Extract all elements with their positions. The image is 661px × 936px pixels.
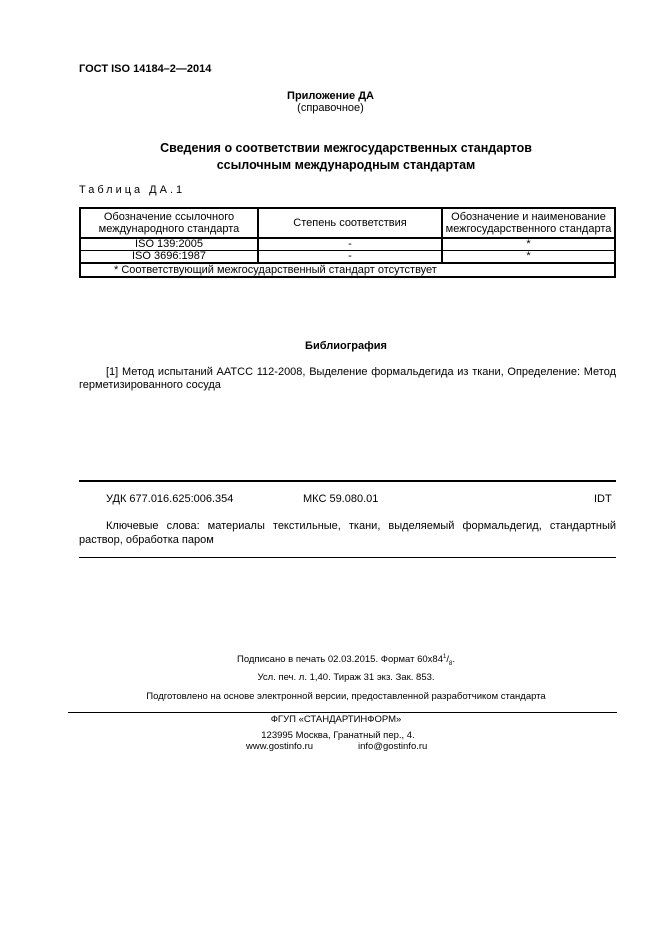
divider-thin xyxy=(79,557,616,558)
bibliography-entry: [1] Метод испытаний AATCC 112-2008, Выде… xyxy=(79,366,616,392)
format-sup: 1 xyxy=(443,654,446,660)
table-cell: ISO 3696:1987 xyxy=(80,251,258,264)
divider-publisher xyxy=(68,712,617,713)
bibliography-title: Библиография xyxy=(0,340,661,352)
table-row: ISO 3696:1987 - * xyxy=(80,251,615,264)
table-footnote-row: * Соответствующий межгосударственный ста… xyxy=(80,263,615,277)
table-cell: - xyxy=(258,238,442,251)
table-header-cell: Степень соответствия xyxy=(258,208,442,238)
website-link[interactable]: www.gostinfo.ru xyxy=(246,741,313,752)
annex-subtitle: (справочное) xyxy=(0,102,661,114)
table-cell: * xyxy=(442,251,615,264)
signed-suffix: . xyxy=(452,654,455,665)
print-info: Усл. печ. л. 1,40. Тираж 31 экз. Зак. 85… xyxy=(0,672,661,683)
table-cell: ISO 139:2005 xyxy=(80,238,258,251)
annex-title: Приложение ДА xyxy=(0,90,661,102)
signed-text: Подписано в печать 02.03.2015. Формат 60… xyxy=(237,654,443,665)
table-row: ISO 139:2005 - * xyxy=(80,238,615,251)
document-code: ГОСТ ISO 14184–2—2014 xyxy=(79,63,211,75)
table-caption: Таблица ДА.1 xyxy=(79,184,185,196)
correspondence-table: Обозначение ссылочного международного ст… xyxy=(79,207,616,278)
table-header-cell: Обозначение и наименование межгосударств… xyxy=(442,208,615,238)
publisher-address: 123995 Москва, Гранатный пер., 4. xyxy=(0,730,661,741)
section-title-line2: ссылочным международным стандартам xyxy=(0,157,661,174)
divider-thick xyxy=(79,480,616,482)
table-footnote: * Соответствующий межгосударственный ста… xyxy=(80,263,615,277)
mks-code: МКС 59.080.01 xyxy=(303,493,378,505)
udk-code: УДК 677.016.625:006.354 xyxy=(106,493,233,505)
section-title-line1: Сведения о соответствии межгосударственн… xyxy=(0,140,661,157)
table-cell: - xyxy=(258,251,442,264)
section-title: Сведения о соответствии межгосударственн… xyxy=(0,140,661,174)
email-link[interactable]: info@gostinfo.ru xyxy=(358,741,427,752)
publisher-name: ФГУП «СТАНДАРТИНФОРМ» xyxy=(0,714,661,725)
table-header-cell: Обозначение ссылочного международного ст… xyxy=(80,208,258,238)
table-cell: * xyxy=(442,238,615,251)
keywords: Ключевые слова: материалы текстильные, т… xyxy=(79,519,616,547)
equivalence-degree: IDT xyxy=(594,493,612,505)
table-header-row: Обозначение ссылочного международного ст… xyxy=(80,208,615,238)
signed-for-print: Подписано в печать 02.03.2015. Формат 60… xyxy=(0,654,661,667)
prepared-note: Подготовлено на основе электронной верси… xyxy=(0,691,661,702)
